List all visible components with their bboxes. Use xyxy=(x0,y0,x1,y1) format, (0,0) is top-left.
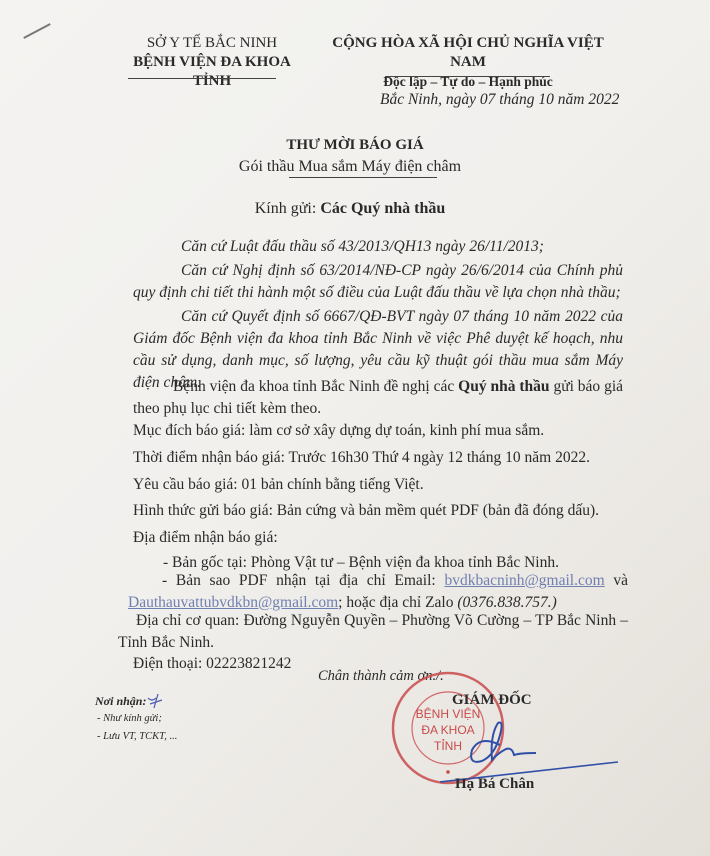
location-label: Địa điểm nhận báo giá: xyxy=(133,527,623,549)
signature-icon xyxy=(440,705,640,785)
location-copy: - Bản sao PDF nhận tại địa chỉ Email: bv… xyxy=(128,570,628,614)
recipient-label: Kính gửi: xyxy=(255,200,317,217)
org-name: BỆNH VIỆN ĐA KHOA TỈNH xyxy=(132,53,292,91)
divider xyxy=(385,76,550,77)
email-link-1[interactable]: bvdkbacninh@gmail.com xyxy=(444,572,604,589)
zalo-number: (0376.838.757.) xyxy=(457,594,556,611)
conjunction: và xyxy=(605,572,628,589)
legal-basis: Căn cứ Luật đấu thầu số 43/2013/QH13 ngà… xyxy=(133,236,623,394)
issuing-organization: SỞ Y TẾ BẮC NINH BỆNH VIỆN ĐA KHOA TỈNH xyxy=(132,34,292,91)
recipients-label: Nơi nhận: xyxy=(95,694,146,709)
zalo-label: ; hoặc địa chỉ Zalo xyxy=(338,594,457,611)
place-date: Bắc Ninh, ngày 07 tháng 10 năm 2022 xyxy=(380,91,619,109)
recipient-item: - Như kính gửi; xyxy=(97,713,162,724)
deadline: Thời điểm nhận báo giá: Trước 16h30 Thứ … xyxy=(133,447,623,469)
request-text: Bệnh viện đa khoa tỉnh Bắc Ninh đề nghị … xyxy=(173,378,458,395)
org-parent: SỞ Y TẾ BẮC NINH xyxy=(132,34,292,53)
recipient-item: - Lưu VT, TCKT, ... xyxy=(97,731,177,742)
handwritten-tick-icon xyxy=(146,692,166,710)
document-title: THƯ MỜI BÁO GIÁ xyxy=(0,137,710,154)
agency-address: Địa chỉ cơ quan: Đường Nguyễn Quyền – Ph… xyxy=(118,610,628,654)
signer-name: Hạ Bá Chân xyxy=(455,776,534,793)
legal-basis-item: Căn cứ Luật đấu thầu số 43/2013/QH13 ngà… xyxy=(133,236,623,258)
request-bold: Quý nhà thầu xyxy=(458,378,549,395)
divider xyxy=(128,78,276,79)
requirement: Yêu cầu báo giá: 01 bản chính bằng tiếng… xyxy=(133,474,623,496)
document-subject: Gói thầu Mua sắm Máy điện châm xyxy=(0,158,700,176)
national-header: CỘNG HÒA XÃ HỘI CHỦ NGHĨA VIỆT NAM Độc l… xyxy=(318,34,618,91)
motto: Độc lập – Tự do – Hạnh phúc xyxy=(318,72,618,91)
nation-title: CỘNG HÒA XÃ HỘI CHỦ NGHĨA VIỆT NAM xyxy=(318,34,618,72)
recipient-value: Các Quý nhà thầu xyxy=(320,200,445,217)
legal-basis-item: Căn cứ Nghị định số 63/2014/NĐ-CP ngày 2… xyxy=(133,260,623,304)
recipient-line: Kính gửi: Các Quý nhà thầu xyxy=(0,200,700,218)
email-link-2[interactable]: Dauthauvattubvdkbn@gmail.com xyxy=(128,594,338,611)
submission-method: Hình thức gửi báo giá: Bản cứng và bản m… xyxy=(133,500,653,522)
divider xyxy=(289,177,437,178)
purpose: Mục đích báo giá: làm cơ sở xây dựng dự … xyxy=(133,420,623,442)
request-paragraph: Bệnh viện đa khoa tỉnh Bắc Ninh đề nghị … xyxy=(133,376,623,420)
pen-mark xyxy=(23,23,50,39)
location-copy-text: - Bản sao PDF nhận tại địa chỉ Email: xyxy=(162,572,444,589)
